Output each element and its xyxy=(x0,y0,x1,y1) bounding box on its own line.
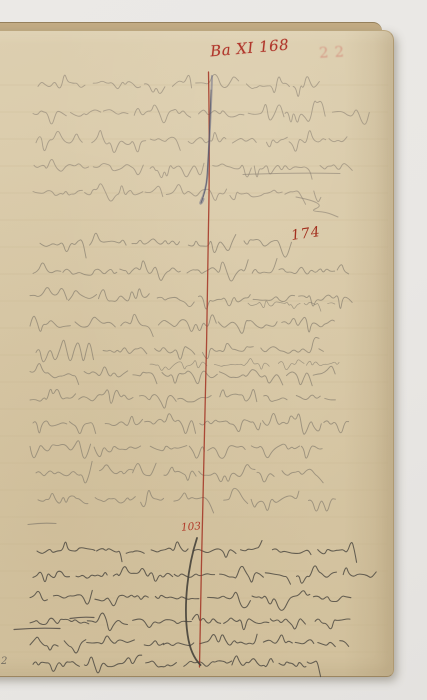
notebook-page xyxy=(0,30,394,677)
manuscript-scan: Ba XI 168 22 174 103 2 xyxy=(0,0,427,700)
